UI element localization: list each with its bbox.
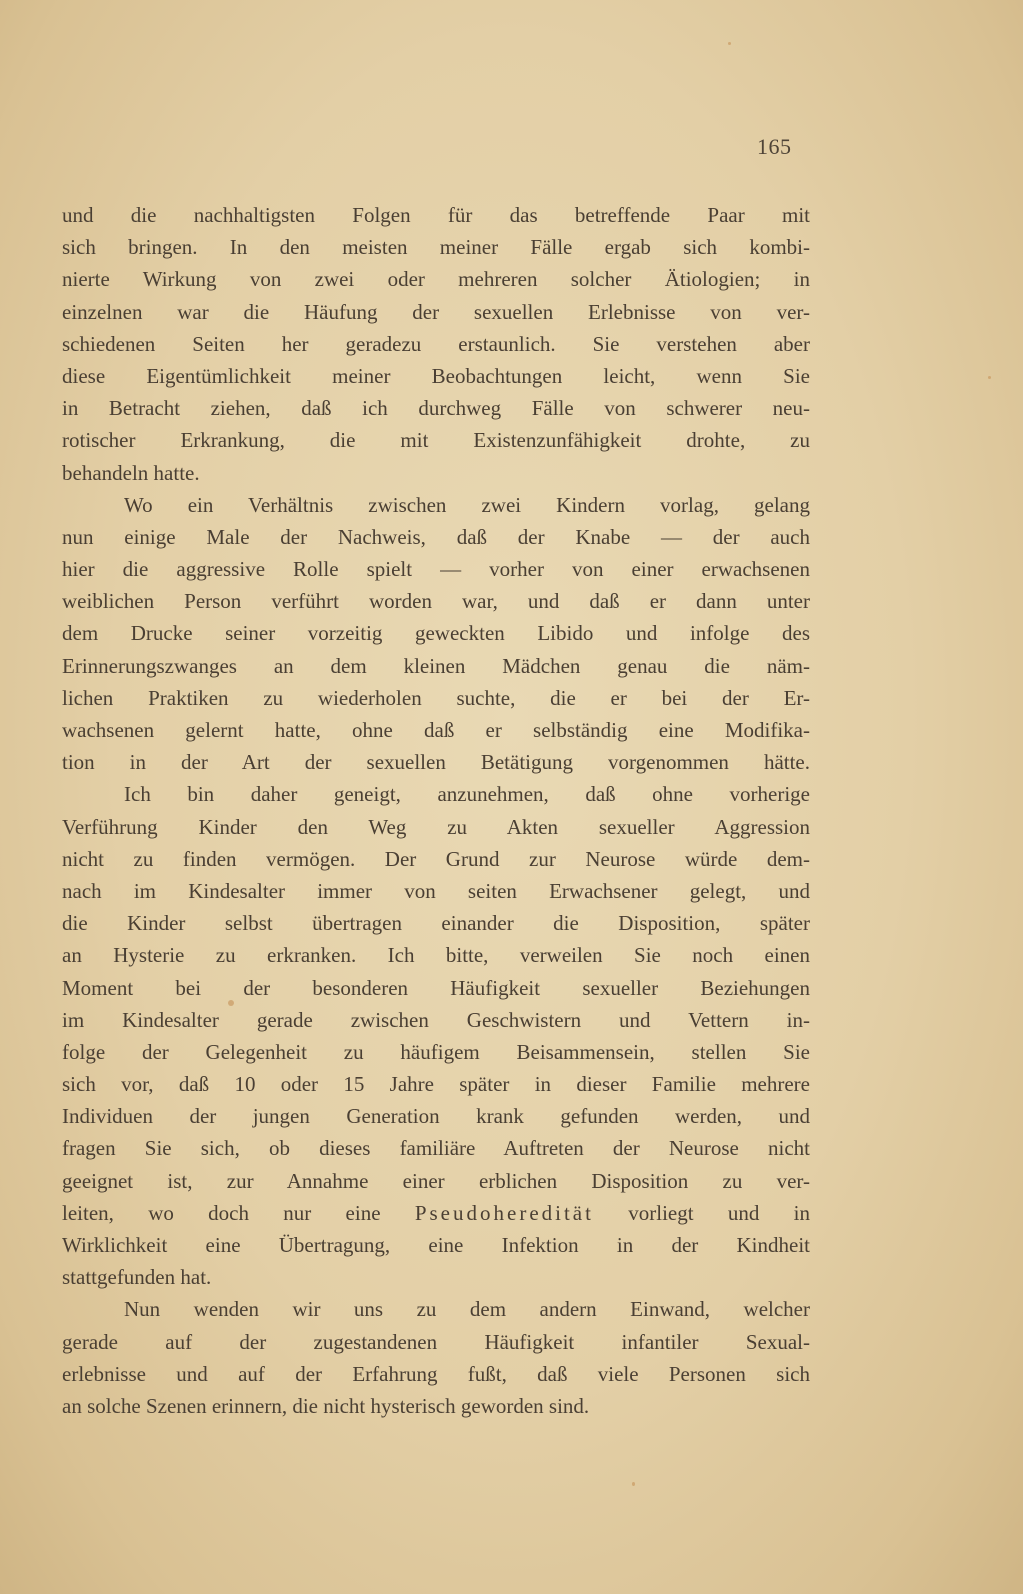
text-line: in Betracht ziehen, daß ich durchweg Fäl… <box>62 392 810 424</box>
text-line: Moment bei der besonderen Häufigkeit sex… <box>62 972 810 1004</box>
text-line: und die nachhaltigsten Folgen für das be… <box>62 199 810 231</box>
text-line: die Kinder selbst übertragen einander di… <box>62 907 810 939</box>
text-line: geeignet ist, zur Annahme einer erbliche… <box>62 1165 810 1197</box>
text-line-spaced: leiten, wo doch nur eine Pseudoheredität… <box>62 1197 810 1229</box>
text-line: einzelnen war die Häufung der sexuellen … <box>62 296 810 328</box>
text-line: gerade auf der zugestandenen Häufigkeit … <box>62 1326 810 1358</box>
paper-speck <box>988 376 991 379</box>
text-line: an solche Szenen erinnern, die nicht hys… <box>62 1390 810 1422</box>
text-line: stattgefunden hat. <box>62 1261 810 1293</box>
text-line: weiblichen Person verführt worden war, u… <box>62 585 810 617</box>
paragraph-3: Ich bin daher geneigt, anzunehmen, daß o… <box>62 778 810 1293</box>
text-line: erlebnisse und auf der Erfahrung fußt, d… <box>62 1358 810 1390</box>
paper-speck <box>632 1482 635 1486</box>
text-line: sich vor, daß 10 oder 15 Jahre später in… <box>62 1068 810 1100</box>
text-line: schiedenen Seiten her geradezu erstaunli… <box>62 328 810 360</box>
text-line: Wo ein Verhältnis zwischen zwei Kindern … <box>62 489 810 521</box>
paragraph-2: Wo ein Verhältnis zwischen zwei Kindern … <box>62 489 810 779</box>
text-line: Nun wenden wir uns zu dem andern Einwand… <box>62 1293 810 1325</box>
body-text: und die nachhaltigsten Folgen für das be… <box>62 199 810 1422</box>
paper-speck <box>728 42 731 45</box>
text-line: Verführung Kinder den Weg zu Akten sexue… <box>62 811 810 843</box>
text-line: lichen Praktiken zu wiederholen suchte, … <box>62 682 810 714</box>
text-line: tion in der Art der sexuellen Betätigung… <box>62 746 810 778</box>
text-line: Wirklichkeit eine Übertragung, eine Infe… <box>62 1229 810 1261</box>
text-line: fragen Sie sich, ob dieses familiäre Auf… <box>62 1132 810 1164</box>
text-line: hier die aggressive Rolle spielt — vorhe… <box>62 553 810 585</box>
text-line: Erinnerungszwanges an dem kleinen Mädche… <box>62 650 810 682</box>
text-fragment: leiten, wo doch nur eine <box>62 1201 415 1225</box>
text-line: sich bringen. In den meisten meiner Fäll… <box>62 231 810 263</box>
text-line: diese Eigentümlichkeit meiner Beobachtun… <box>62 360 810 392</box>
text-line: dem Drucke seiner vorzeitig geweckten Li… <box>62 617 810 649</box>
text-line: Individuen der jungen Generation krank g… <box>62 1100 810 1132</box>
text-line: behandeln hatte. <box>62 457 810 489</box>
text-fragment: vorliegt und in <box>594 1201 810 1225</box>
text-line: nicht zu finden vermögen. Der Grund zur … <box>62 843 810 875</box>
text-line: nun einige Male der Nachweis, daß der Kn… <box>62 521 810 553</box>
text-line: Ich bin daher geneigt, anzunehmen, daß o… <box>62 778 810 810</box>
page-number: 165 <box>757 134 792 160</box>
text-line: rotischer Erkrankung, die mit Existenzun… <box>62 424 810 456</box>
paragraph-4: Nun wenden wir uns zu dem andern Einwand… <box>62 1293 810 1422</box>
emphasized-term: Pseudoheredität <box>415 1201 594 1225</box>
text-line: im Kindesalter gerade zwischen Geschwist… <box>62 1004 810 1036</box>
text-line: nach im Kindesalter immer von seiten Erw… <box>62 875 810 907</box>
text-line: wachsenen gelernt hatte, ohne daß er sel… <box>62 714 810 746</box>
text-line: an Hysterie zu erkranken. Ich bitte, ver… <box>62 939 810 971</box>
paper-speck <box>228 1000 234 1006</box>
paragraph-1: und die nachhaltigsten Folgen für das be… <box>62 199 810 489</box>
text-line: nierte Wirkung von zwei oder mehreren so… <box>62 263 810 295</box>
text-line: folge der Gelegenheit zu häufigem Beisam… <box>62 1036 810 1068</box>
